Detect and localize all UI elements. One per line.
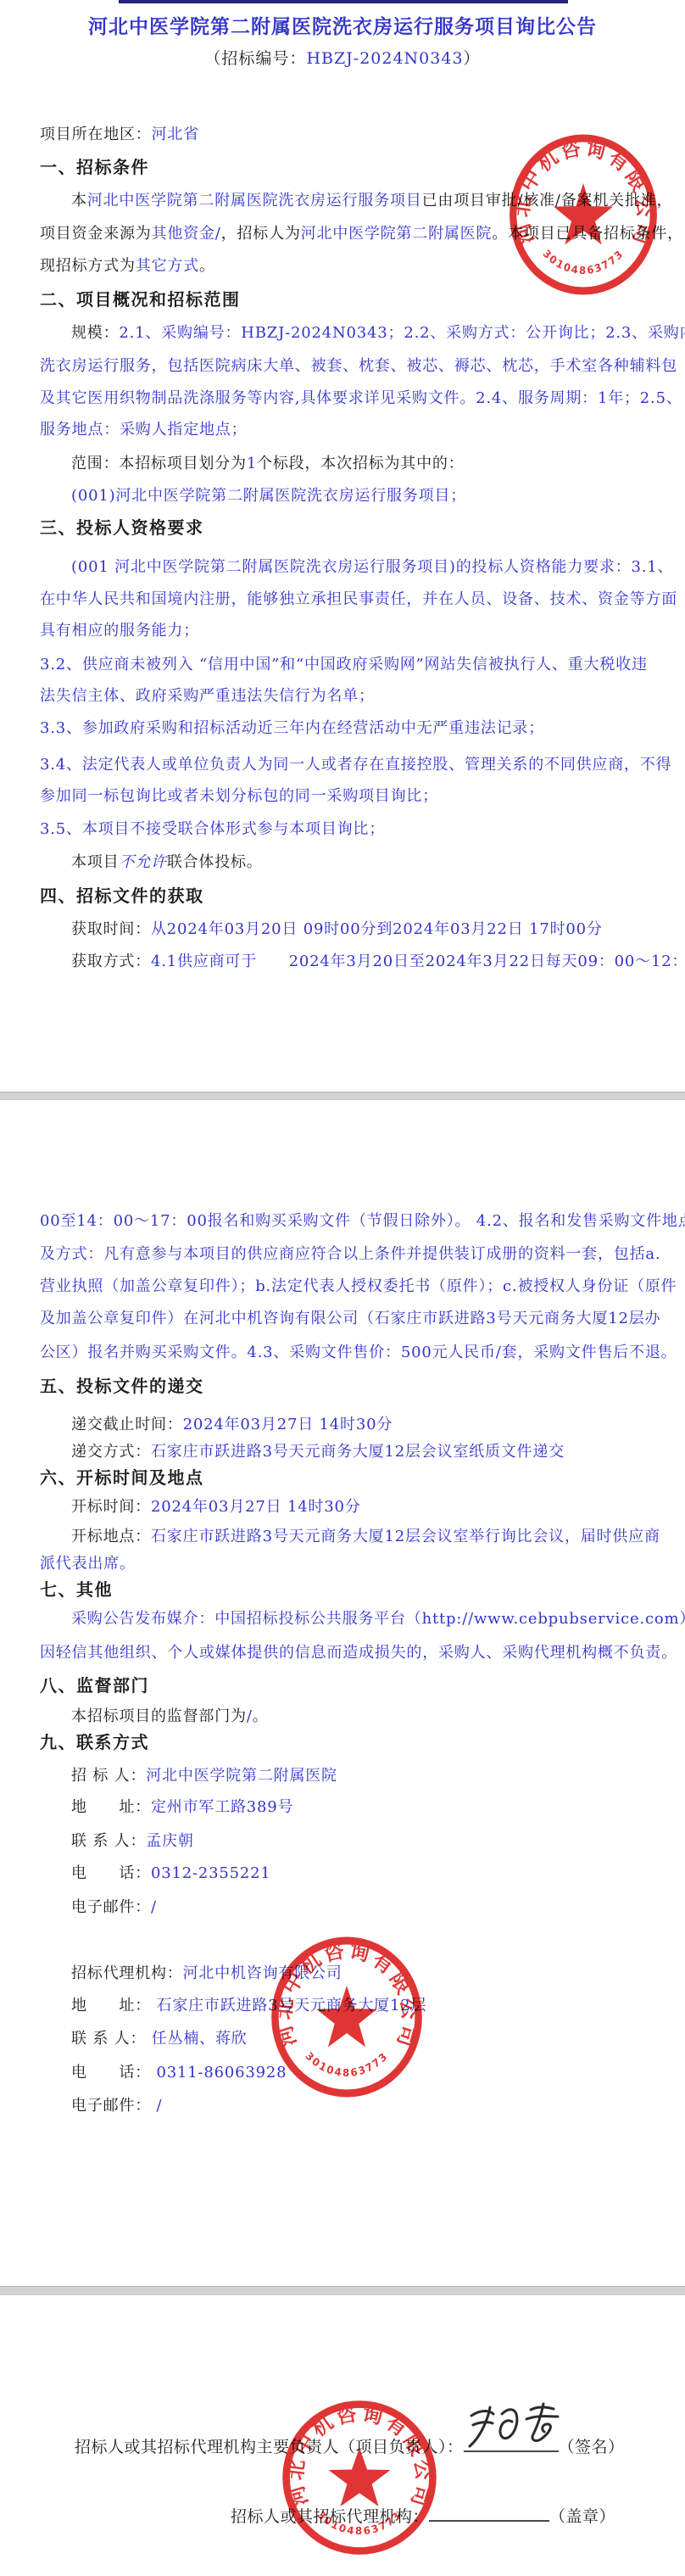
field-value: 1 xyxy=(247,455,257,472)
section-heading-1: 一、招标条件 xyxy=(40,157,149,177)
text-run: 电 话： xyxy=(71,2064,151,2081)
text-run: 获取时间： xyxy=(71,920,151,938)
page-separator xyxy=(0,1092,685,1100)
text-run: 招标代理机构： xyxy=(71,1964,183,1982)
text-run: 递交截止时间： xyxy=(71,1416,183,1433)
text-run: 本招标项目的监督部门为 xyxy=(71,1707,247,1725)
text-line: 现招标方式为其它方式。 xyxy=(40,256,215,277)
text-run: 规模： xyxy=(71,324,119,342)
company-seal-top: 河北中机咨询有限公司1301048637735 xyxy=(505,130,661,299)
text-run: 八、监督部门 xyxy=(40,1675,149,1696)
text-run: 递交方式： xyxy=(71,1443,151,1461)
subtitle-suffix: ） xyxy=(464,49,481,68)
text-line: 及加盖公章复印件）在河北中机咨询有限公司（石家庄市跃进路3号天元商务大厦12层办 xyxy=(40,1309,660,1329)
text-line: (001 河北中医学院第二附属医院洗衣房运行服务项目)的投标人资格能力要求：3.… xyxy=(71,557,673,578)
field-value: (001)河北中医学院第二附属医院洗衣房运行服务项目； xyxy=(71,487,466,505)
field-value: 4.1供应商可于 2024年3月20日至2024年3月22日每天09：00～12… xyxy=(151,953,685,970)
page-1: 河北中医学院第二附属医院洗衣房运行服务项目询比公告 （招标编号：HBZJ-202… xyxy=(0,0,685,1092)
text-run: 二、项目概况和招标范围 xyxy=(40,289,241,310)
text-run: 三、投标人资格要求 xyxy=(40,517,204,538)
subtitle-prefix: （招标编号： xyxy=(204,49,306,68)
text-line: 3.2、供应商未被列入 “信用中国”和“中国政府采购网”网站失信被执行人、重大税… xyxy=(40,655,648,675)
field-value: / xyxy=(151,2097,162,2115)
text-line: 联 系 人：孟庆朝 xyxy=(71,1831,194,1852)
seal-star xyxy=(316,1986,376,2047)
text-line: 00至14：00～17：00报名和购买采购文件（节假日除外）。 4.2、报名和发… xyxy=(40,1211,685,1232)
text-line: 3.5、本项目不接受联合体形式参与本项目询比； xyxy=(40,819,385,840)
text-run: 电 话： xyxy=(71,1864,151,1882)
text-line: 本项目不允许联合体投标。 xyxy=(71,852,263,873)
field-value: 法失信主体、政府采购严重违法失信行为名单； xyxy=(40,687,375,705)
text-run: 个标段，本次招标为其中的： xyxy=(257,455,464,472)
text-run: 招 标 人： xyxy=(71,1767,146,1785)
field-value: 公区）报名并购买采购文件。4.3、采购文件售价：500元人民币/套，采购文件售后… xyxy=(40,1344,677,1361)
field-value: / xyxy=(151,1898,157,1916)
text-line: 法失信主体、政府采购严重违法失信行为名单； xyxy=(40,686,375,707)
field-value: 3.2、供应商未被列入 “信用中国”和“中国政府采购网”网站失信被执行人、重大税… xyxy=(40,656,648,673)
field-value: 2024年03月27日 14时30分 xyxy=(183,1416,393,1433)
field-value: 采购公告发布媒介：中国招标投标公共服务平台（http://www.cebpubs… xyxy=(71,1610,685,1628)
field-value: 因轻信其他组织、个人或媒体提供的信息而造成损失的，采购人、采购代理机构概不负责。 xyxy=(40,1644,677,1662)
text-run: 电子邮件： xyxy=(71,1898,151,1916)
text-line: 及其它医用织物制品洗涤服务等内容,具体要求详见采购文件。2.4、服务周期：1年；… xyxy=(40,388,682,409)
field-value: 在中华人民共和国境内注册，能够独立承担民事责任，并在人员、设备、技术、资金等方面 xyxy=(40,590,677,608)
text-line: 递交截止时间：2024年03月27日 14时30分 xyxy=(71,1415,393,1435)
field-value: 河北省 xyxy=(152,126,199,143)
text-line: 具有相应的服务能力； xyxy=(40,621,199,641)
text-run: 开标时间： xyxy=(71,1498,151,1516)
field-value: 石家庄市跃进路3号天元商务大厦12层会议室纸质文件递交 xyxy=(151,1443,565,1461)
text-run: 九、联系方式 xyxy=(40,1732,149,1752)
text-run: 地 址： xyxy=(71,1798,151,1816)
field-value: 参加同一标包询比或者未划分标包的同一采购项目询比； xyxy=(40,787,438,805)
field-value: 2024年03月27日 14时30分 xyxy=(151,1498,361,1516)
seal-suffix: （盖章） xyxy=(549,2507,615,2526)
section-heading-3: 三、投标人资格要求 xyxy=(40,517,204,538)
text-line: 采购公告发布媒介：中国招标投标公共服务平台（http://www.cebpubs… xyxy=(71,1609,685,1629)
text-line: 电子邮件：/ xyxy=(71,1897,157,1918)
section-heading-5: 五、投标文件的递交 xyxy=(40,1376,204,1396)
text-run: 联 系 人： xyxy=(71,1832,146,1850)
text-line: 范围：本招标项目划分为1个标段，本次招标为其中的： xyxy=(71,454,464,474)
text-run: 本项目 xyxy=(71,853,119,871)
text-run: 五、投标文件的递交 xyxy=(40,1376,204,1396)
field-value: 洗衣房运行服务，包括医院病床大单、被套、枕套、被芯、褥芯、枕芯，手术室各种辅料包 xyxy=(40,357,677,375)
text-run: 七、其他 xyxy=(40,1579,113,1600)
field-value: 其他资金/ xyxy=(152,225,221,243)
page-separator xyxy=(0,2286,685,2295)
text-line: 服务地点：采购人指定地点； xyxy=(40,420,247,440)
text-run: 获取方式： xyxy=(71,953,151,970)
text-line: 3.3、参加政府采购和招标活动近三年内在经营活动中无严重违法记录； xyxy=(40,718,544,739)
field-value: 其它方式 xyxy=(136,257,199,275)
field-value: 及其它医用织物制品洗涤服务等内容,具体要求详见采购文件。2.4、服务周期：1年；… xyxy=(40,389,682,407)
field-value: 派代表出席。 xyxy=(40,1555,136,1573)
text-run: 四、招标文件的获取 xyxy=(40,886,204,906)
text-line: 营业执照（加盖公章复印件）；b.法定代表人授权委托书（原件）；c.被授权人身份证… xyxy=(40,1277,677,1297)
seal-underline xyxy=(429,2505,549,2522)
text-run: 项目资金来源为 xyxy=(40,225,152,243)
section-heading-4: 四、招标文件的获取 xyxy=(40,886,204,906)
text-line: 在中华人民共和国境内注册，能够独立承担民事责任，并在人员、设备、技术、资金等方面 xyxy=(40,590,677,610)
field-value: 不允许 xyxy=(119,853,166,871)
seal-star xyxy=(554,183,613,244)
field-value: / xyxy=(247,1707,253,1725)
text-line: 本招标项目的监督部门为/。 xyxy=(71,1707,269,1727)
text-line: 洗衣房运行服务，包括医院病床大单、被套、枕套、被芯、褥芯、枕芯，手术室各种辅料包 xyxy=(40,356,677,377)
field-value: 3.4、法定代表人或单位负责人为同一人或者存在直接控股、管理关系的不同供应商，不… xyxy=(40,756,671,774)
text-line: 电 话：0312-2355221 xyxy=(71,1864,271,1884)
page-title: 河北中医学院第二附属医院洗衣房运行服务项目询比公告 xyxy=(0,11,685,39)
section-heading-9: 九、联系方式 xyxy=(40,1732,149,1752)
section-heading-6: 六、开标时间及地点 xyxy=(40,1467,204,1488)
text-line: (001)河北中医学院第二附属医院洗衣房运行服务项目； xyxy=(71,486,466,506)
text-run: 电子邮件： xyxy=(71,2097,151,2115)
text-run: 。 xyxy=(253,1707,269,1725)
text-line: 获取时间：从2024年03月20日 09时00分到2024年03月22日 17时… xyxy=(71,919,603,940)
field-value: 00至14：00～17：00报名和购买采购文件（节假日除外）。 4.2、报名和发… xyxy=(40,1212,685,1230)
clipped-text-remnant xyxy=(119,0,568,3)
text-line: 3.4、法定代表人或单位负责人为同一人或者存在直接控股、管理关系的不同供应商，不… xyxy=(40,755,671,775)
field-value: 任丛楠、蒋欣 xyxy=(146,2030,247,2048)
field-value: (001 河北中医学院第二附属医院洗衣房运行服务项目)的投标人资格能力要求：3.… xyxy=(71,558,673,576)
company-seal-bottom: 河北中机咨询有限公司1301048637735 xyxy=(278,2396,441,2559)
text-line: 项目所在地区：河北省 xyxy=(40,125,199,145)
section-heading-8: 八、监督部门 xyxy=(40,1675,149,1696)
field-value: 河北中医学院第二附属医院 xyxy=(301,225,493,243)
text-line: 公区）报名并购买采购文件。4.3、采购文件售价：500元人民币/套，采购文件售后… xyxy=(40,1343,677,1363)
text-run: 本 xyxy=(71,192,87,210)
text-line: 规模：2.1、采购编号：HBZJ-2024N0343；2.2、采购方式：公开询比… xyxy=(71,323,685,344)
tender-number: HBZJ-2024N0343 xyxy=(306,49,463,68)
section-heading-7: 七、其他 xyxy=(40,1579,113,1600)
text-run: 六、开标时间及地点 xyxy=(40,1467,204,1488)
page-2: 河北中机咨询有限公司1301048637735 00至14：00～17：00报名… xyxy=(0,1100,685,2286)
text-line: 电子邮件： / xyxy=(71,2096,162,2116)
field-value: 河北中医学院第二附属医院洗衣房运行服务项目 xyxy=(87,192,422,210)
text-line: 获取方式：4.1供应商可于 2024年3月20日至2024年3月22日每天09：… xyxy=(71,952,685,972)
text-line: 电 话： 0311-86063928 xyxy=(71,2063,287,2083)
page-3: 招标人或其招标代理机构主要负责人（项目负责人）：（签名） 招标人或其招标代理机构… xyxy=(0,2295,685,2576)
text-run: 联合体投标。 xyxy=(167,853,263,871)
text-run: 地 址： xyxy=(71,1997,151,2014)
field-value: 3.5、本项目不接受联合体形式参与本项目询比； xyxy=(40,820,385,838)
field-value: 孟庆朝 xyxy=(146,1832,193,1850)
field-value: 及方式：凡有意参与本项目的供应商应符合以上条件并提供装订成册的资料一套，包括a. xyxy=(40,1245,660,1263)
text-run: 现招标方式为 xyxy=(40,257,136,275)
text-run: ，招标人为 xyxy=(221,225,301,243)
text-line: 地 址：定州市军工路389号 xyxy=(71,1797,293,1818)
field-value: 及加盖公章复印件）在河北中机咨询有限公司（石家庄市跃进路3号天元商务大厦12层办 xyxy=(40,1310,660,1327)
text-line: 因轻信其他组织、个人或媒体提供的信息而造成损失的，采购人、采购代理机构概不负责。 xyxy=(40,1643,677,1663)
tender-number-line: （招标编号：HBZJ-2024N0343） xyxy=(0,46,685,69)
tender-announcement-document: 河北中医学院第二附属医院洗衣房运行服务项目询比公告 （招标编号：HBZJ-202… xyxy=(0,0,685,2576)
text-line: 开标地点：石家庄市跃进路3号天元商务大厦12层会议室举行询比会议，届时供应商 xyxy=(71,1527,660,1547)
field-value: 营业执照（加盖公章复印件）；b.法定代表人授权委托书（原件）；c.被授权人身份证… xyxy=(40,1277,677,1295)
field-value: 河北中医学院第二附属医院 xyxy=(146,1767,337,1785)
field-value: 从2024年03月20日 09时00分到2024年03月22日 17时00分 xyxy=(151,920,603,938)
field-value: 服务地点：采购人指定地点； xyxy=(40,421,247,439)
field-value: 3.3、参加政府采购和招标活动近三年内在经营活动中无严重违法记录； xyxy=(40,719,544,737)
text-run: 。 xyxy=(199,257,215,275)
text-line: 联 系 人： 任丛楠、蒋欣 xyxy=(71,2029,248,2049)
field-value: 具有相应的服务能力； xyxy=(40,622,199,640)
field-value: 2.1、采购编号：HBZJ-2024N0343；2.2、采购方式：公开询比；2.… xyxy=(119,324,685,342)
field-value: 定州市军工路389号 xyxy=(151,1798,293,1816)
field-value: 0312-2355221 xyxy=(151,1864,271,1882)
company-seal-middle: 河北中机咨询有限公司1301048637735 xyxy=(267,1932,426,2102)
text-run: 开标地点： xyxy=(71,1528,151,1545)
text-run: 范围：本招标项目划分为 xyxy=(71,455,247,472)
handwritten-signature xyxy=(465,2399,570,2451)
text-line: 派代表出席。 xyxy=(40,1554,136,1574)
text-line: 开标时间：2024年03月27日 14时30分 xyxy=(71,1497,361,1517)
text-line: 招 标 人：河北中医学院第二附属医院 xyxy=(71,1766,337,1786)
section-heading-2: 二、项目概况和招标范围 xyxy=(40,289,241,310)
text-line: 递交方式：石家庄市跃进路3号天元商务大厦12层会议室纸质文件递交 xyxy=(71,1442,565,1462)
seal-star xyxy=(329,2447,391,2506)
text-line: 参加同一标包询比或者未划分标包的同一采购项目询比； xyxy=(40,786,438,807)
text-run: 一、招标条件 xyxy=(40,157,149,177)
field-value: 石家庄市跃进路3号天元商务大厦12层会议室举行询比会议，届时供应商 xyxy=(151,1528,660,1545)
text-run: 联 系 人： xyxy=(71,2030,146,2048)
text-line: 及方式：凡有意参与本项目的供应商应符合以上条件并提供装订成册的资料一套，包括a. xyxy=(40,1244,660,1265)
text-run: 项目所在地区： xyxy=(40,126,152,143)
